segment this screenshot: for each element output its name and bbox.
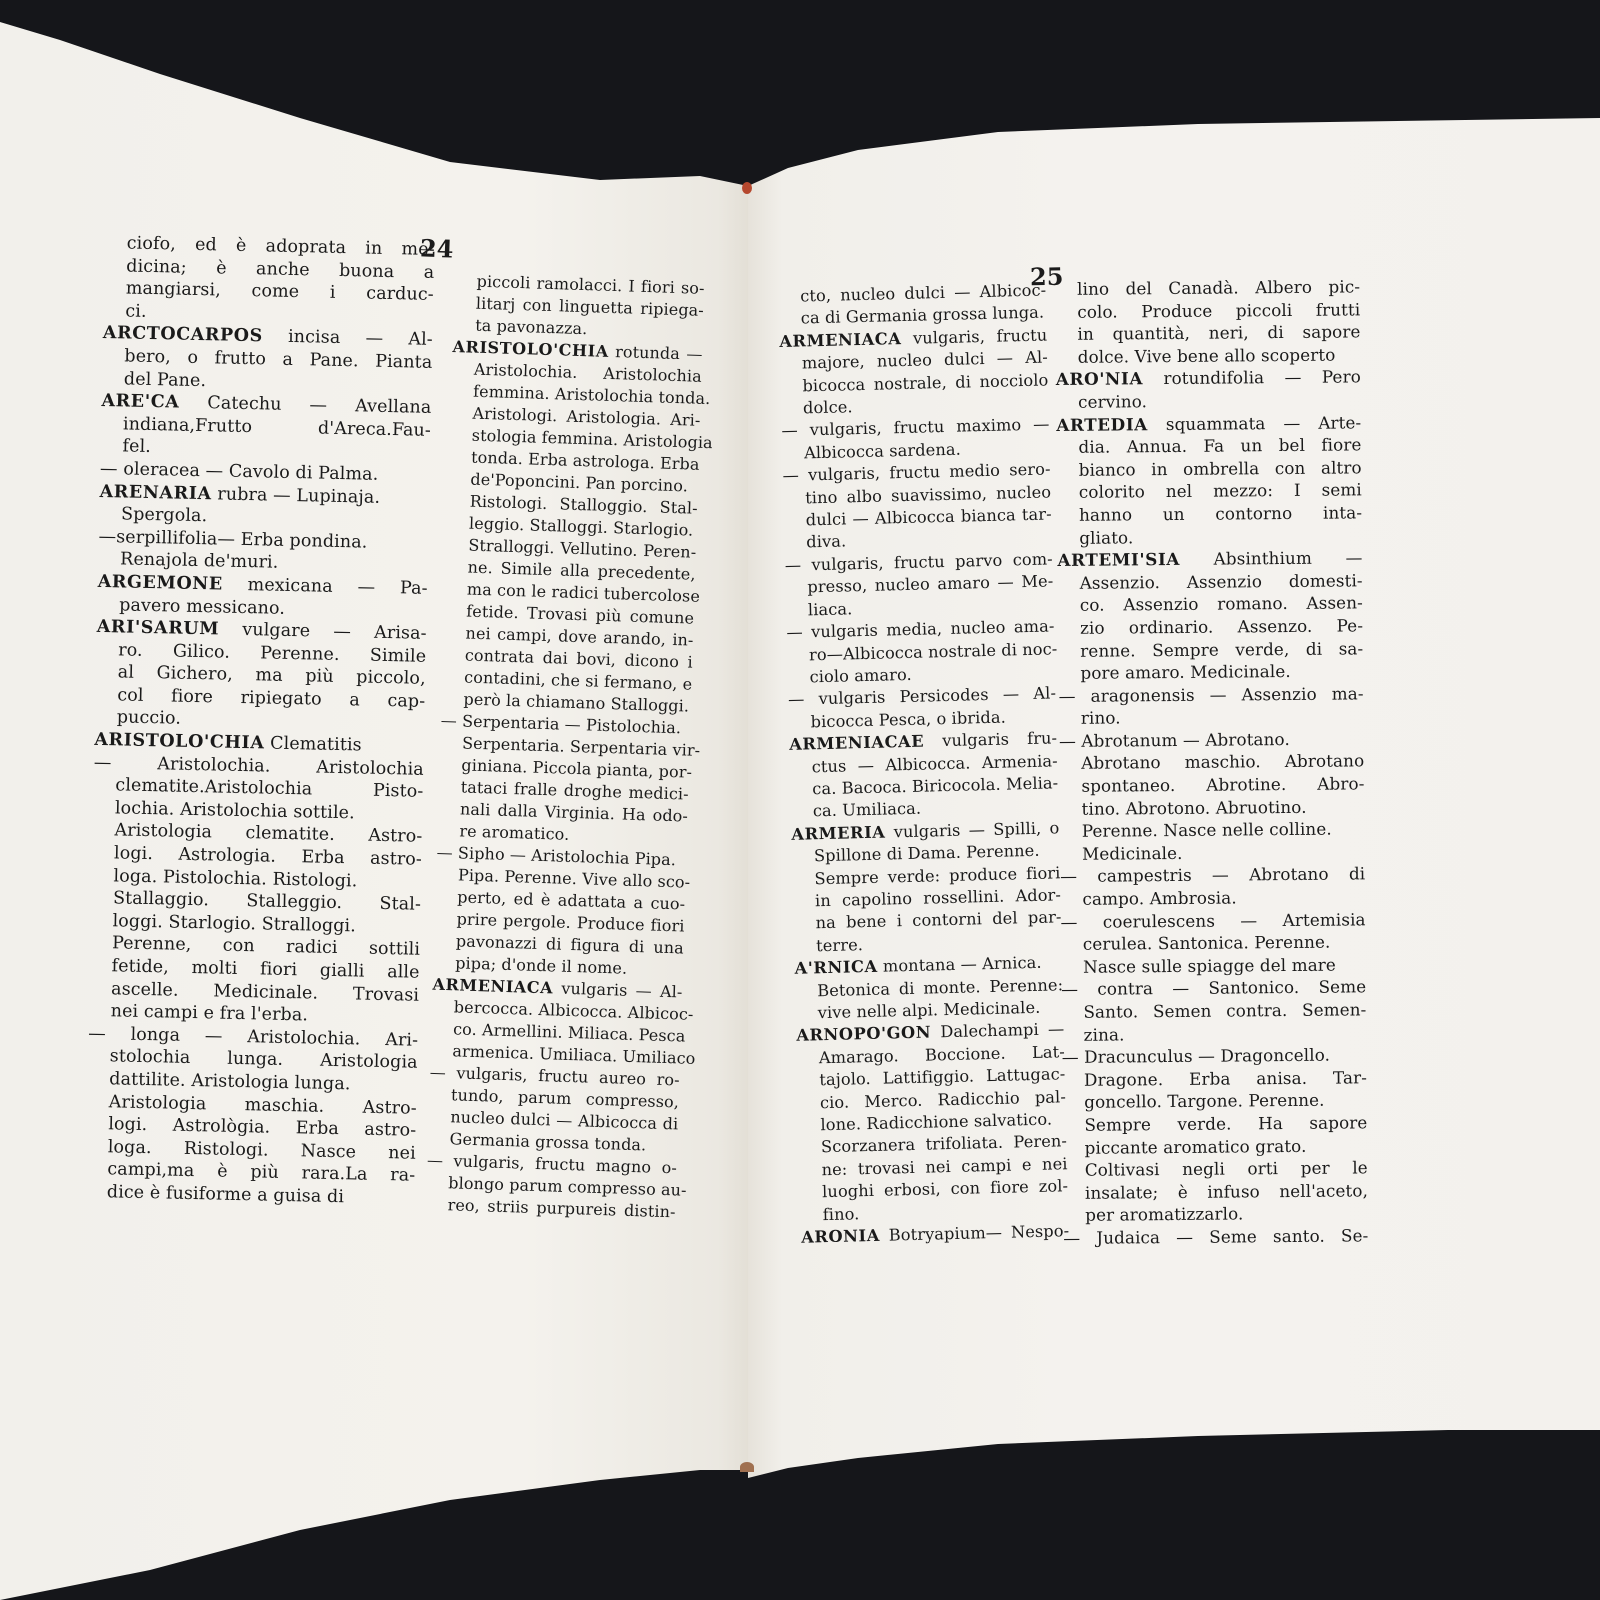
text-line: Assenzio. Assenzio domesti- <box>1058 569 1363 594</box>
text-line: Sempre verde. Ha sapore <box>1062 1111 1367 1136</box>
text-line: ARTEMI'SIA Absinthium — <box>1057 546 1362 571</box>
headword: ARMENIACAE <box>789 732 924 754</box>
text-line: ARTEDIA squammata — Arte- <box>1056 411 1361 436</box>
text-line: Dragone. Erba anisa. Tar- <box>1062 1066 1367 1091</box>
headword: ARONIA <box>801 1226 880 1247</box>
headword: ARMENIACA <box>432 975 553 998</box>
text-line: bianco in ombrella con altro <box>1057 456 1362 481</box>
headword: ARTEMI'SIA <box>1057 549 1180 570</box>
headword: ARNOPO'GON <box>796 1023 931 1045</box>
text-line: Abrotano maschio. Abrotano <box>1059 750 1364 775</box>
text-line: per aromatizzarlo. <box>1063 1202 1368 1227</box>
headword: ARMERIA <box>791 822 885 843</box>
headword: ARCTOCARPOS <box>103 323 263 346</box>
text-line: colo. Produce piccoli frutti <box>1055 298 1360 323</box>
text-line: — Dracunculus — Dragoncello. <box>1062 1043 1367 1068</box>
text-line: hanno un contorno inta- <box>1057 501 1362 526</box>
spine-tailband <box>740 1462 754 1472</box>
text-line: in quantità, neri, di sapore <box>1055 321 1360 346</box>
text-line: colorito nel mezzo: I semi <box>1057 479 1362 504</box>
headword: ARMENIACA <box>779 329 901 351</box>
text-line: gliato. <box>1057 524 1362 549</box>
headword: ARISTOLO'CHIA <box>94 730 265 754</box>
text-line: insalate; è infuso nell'aceto, <box>1063 1179 1368 1204</box>
headword: ARENARIA <box>99 481 212 503</box>
left-page-column-2: piccoli ramolacci. I fiori so-litarj con… <box>425 270 705 1223</box>
text-line: rino. <box>1059 705 1364 730</box>
text-line: renne. Sempre verde, di sa- <box>1058 637 1363 662</box>
text-line: ARO'NIA rotundifolia — Pero <box>1056 366 1361 391</box>
left-page-column-1: ciofo, ed è adoprata in me-dicina; è anc… <box>85 232 435 1210</box>
headword: ARISTOLO'CHIA <box>452 337 609 361</box>
text-line: Perenne. Nasce nelle colline. <box>1060 818 1365 843</box>
text-line: — Abrotanum — Abrotano. <box>1059 727 1364 752</box>
text-line: — aragonensis — Assenzio ma- <box>1059 682 1364 707</box>
text-line: — campestris — Abrotano di <box>1060 863 1365 888</box>
open-book-photo: 24 25 ciofo, ed è adoprata in me-dicina;… <box>0 0 1600 1600</box>
text-line: spontaneo. Abrotine. Abro- <box>1059 772 1364 797</box>
text-line: tino. Abrotono. Abruotino. <box>1060 795 1365 820</box>
text-line: Nasce sulle spiagge del mare <box>1061 953 1366 978</box>
headword: ARI'SARUM <box>97 617 220 640</box>
text-line: — Judaica — Seme santo. Se- <box>1063 1224 1368 1249</box>
text-line: dolce. Vive bene allo scoperto <box>1056 343 1361 368</box>
text-line: cervino. <box>1056 388 1361 413</box>
headword: ARO'NIA <box>1056 369 1143 390</box>
right-page-column-1: cto, nucleo dulci — Albicoc-ca di German… <box>778 279 1069 1249</box>
text-line: Coltivasi negli orti per le <box>1063 1156 1368 1181</box>
right-page-column-2: lino del Canadà. Albero pic-colo. Produc… <box>1055 275 1368 1249</box>
text-line: pore amaro. Medicinale. <box>1058 659 1363 684</box>
text-line: dia. Annua. Fa un bel fiore <box>1056 433 1361 458</box>
text-line: cerulea. Santonica. Perenne. <box>1061 931 1366 956</box>
headword: A'RNICA <box>794 957 877 978</box>
text-line: — contra — Santonico. Seme <box>1061 976 1366 1001</box>
text-line: goncello. Targone. Perenne. <box>1062 1089 1367 1114</box>
text-line: piccante aromatico grato. <box>1062 1134 1367 1159</box>
headword: ARGEMONE <box>97 572 223 595</box>
text-line: Santo. Semen contra. Semen- <box>1061 998 1366 1023</box>
text-line: campo. Ambrosia. <box>1060 885 1365 910</box>
text-line: co. Assenzio romano. Assen- <box>1058 592 1363 617</box>
text-line: lino del Canadà. Albero pic- <box>1055 275 1360 300</box>
spine-headband <box>742 182 752 194</box>
headword: ARTEDIA <box>1056 414 1148 435</box>
text-line: zio ordinario. Assenzo. Pe- <box>1058 614 1363 639</box>
text-line: — coerulescens — Artemisia <box>1061 908 1366 933</box>
text-line: zina. <box>1062 1021 1367 1046</box>
text-line: Medicinale. <box>1060 840 1365 865</box>
headword: ARE'CA <box>101 391 179 413</box>
